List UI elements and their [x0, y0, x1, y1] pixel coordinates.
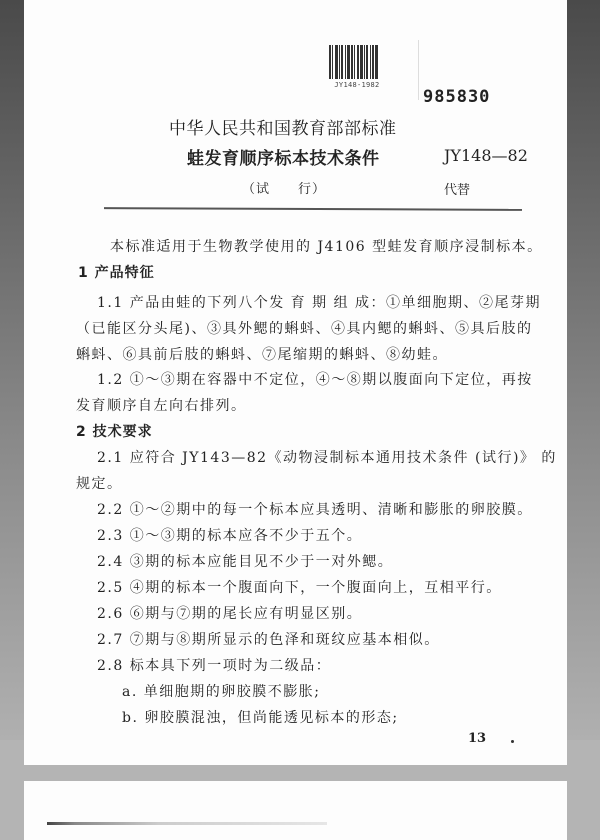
clause-2-1-line1: 2.1 应符合 JY143—82《动物浸制标本通用技术条件 (试行)》 的 — [97, 447, 557, 467]
issuing-organization: 中华人民共和国教育部部标准 — [169, 114, 397, 139]
standard-code: JY148—82 — [444, 146, 528, 165]
section-1-heading: 1 产品特征 — [78, 262, 155, 282]
document-number: 985830 — [423, 87, 490, 107]
clause-1-1-line2: （已能区分头尾)、③具外鳃的蝌蚪、④具内鳃的蝌蚪、⑤具后肢的 — [76, 318, 532, 338]
clause-2-7: 2.7 ⑦期与⑧期所显示的色泽和斑纹应基本相似。 — [97, 629, 440, 649]
clause-2-1-line2: 规定。 — [76, 473, 123, 493]
document-page-2 — [24, 781, 567, 840]
section-2-heading: 2 技术要求 — [76, 421, 153, 441]
clause-2-6: 2.6 ⑥期与⑦期的尾长应有明显区别。 — [97, 603, 362, 623]
clause-2-4: 2.4 ③期的标本应能目见不少于一对外鳃。 — [97, 551, 393, 571]
barcode-bars-icon — [329, 45, 385, 79]
clause-1-2-line1: 1.2 ①～③期在容器中不定位，④～⑧期以腹面向下定位，再按 — [97, 369, 533, 389]
barcode: JY148-1982 — [329, 45, 385, 95]
clause-1-2-line2: 发育顺序自左向右排列。 — [76, 395, 247, 415]
clause-2-8-b: b. 卵胶膜混浊，但尚能透见标本的形态; — [122, 707, 399, 727]
replaces-label: 代替 — [444, 179, 470, 198]
clause-1-1-line3: 蝌蚪、⑥具前后肢的蝌蚪、⑦尾缩期的蝌蚪、⑧幼蛙。 — [76, 344, 448, 364]
scan-smudge — [47, 822, 327, 825]
viewer-edge-right — [567, 0, 600, 740]
scan-speck — [511, 740, 514, 743]
clause-2-8-a: a. 单细胞期的卵胶膜不膨胀; — [122, 681, 320, 701]
trial-note: （试 行） — [242, 178, 326, 197]
clause-1-1-line1: 1.1 产品由蛙的下列八个发 育 期 组 成：①单细胞期、②尾芽期 — [97, 292, 541, 312]
clause-2-8: 2.8 标本具下列一项时为二级品： — [97, 655, 331, 675]
document-page-1: JY148-1982 985830 中华人民共和国教育部部标准 蛙发育顺序标本技… — [24, 0, 567, 765]
header-divider — [104, 207, 522, 211]
fold-line — [418, 40, 419, 100]
clause-2-3: 2.3 ①～③期的标本应各不少于五个。 — [97, 525, 362, 545]
document-title: 蛙发育顺序标本技术条件 — [187, 144, 380, 169]
page-number: 13 — [468, 731, 486, 746]
viewer-edge-left — [0, 0, 24, 740]
clause-2-2: 2.2 ①～②期中的每一个标本应具透明、清晰和膨胀的卵胶膜。 — [97, 499, 533, 519]
clause-2-5: 2.5 ④期的标本一个腹面向下，一个腹面向上，互相平行。 — [97, 577, 502, 597]
barcode-label: JY148-1982 — [329, 81, 385, 89]
intro-paragraph: 本标准适用于生物教学使用的 J4106 型蛙发育顺序浸制标本。 — [110, 236, 543, 256]
